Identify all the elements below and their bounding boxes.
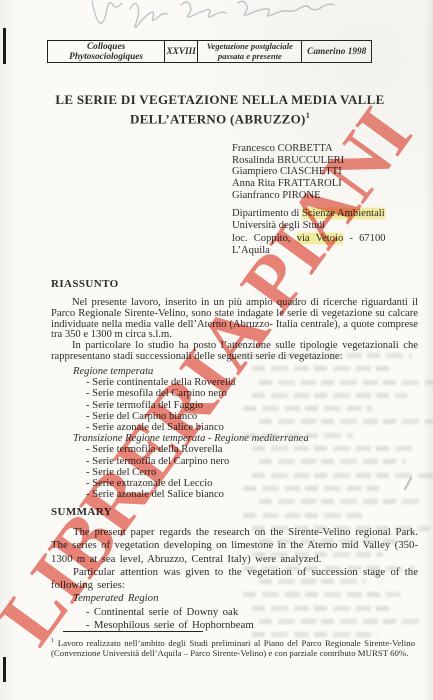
handwritten-note xyxy=(86,0,354,33)
serie-item: - Serie termofila del Carpino nero xyxy=(51,456,418,467)
summary-paragraph-1: The present paper regards the research o… xyxy=(51,526,418,566)
paper-title-line1: LE SERIE DI VEGETAZIONE NELLA MEDIA VALL… xyxy=(40,92,400,108)
series-group-temperata: - Serie continentale della Roverella- Se… xyxy=(51,377,418,433)
summary-paragraph-2: Particular attention was given to the ve… xyxy=(51,566,418,593)
author-name: Giampiero CIASCHETTI xyxy=(232,166,344,178)
venue-year: Camerino 1998 xyxy=(307,47,366,57)
journal-header-table: Colloques Phytosociologiques XXVIII Vege… xyxy=(47,40,372,63)
title-footnote-marker: 1 xyxy=(306,111,310,120)
vegetation-series-list: Regione temperata - Serie continentale d… xyxy=(51,366,418,500)
riassunto-heading: RIASSUNTO xyxy=(51,278,119,290)
author-list: Francesco CORBETTARosalinda BRUCCULERIGi… xyxy=(232,143,344,202)
paper-title-line2: DELL’ATERNO (ABRUZZO)1 xyxy=(40,108,400,127)
journal-name-cell: Colloques Phytosociologiques xyxy=(48,41,165,62)
scan-edge-mark-top xyxy=(3,28,6,64)
serie-item: - Serie del Cerro xyxy=(51,467,418,478)
region-label-transizione: Transizione Regione temperata - Regione … xyxy=(51,433,418,444)
affiliation-department: Dipartimento di Scienze Ambientali xyxy=(232,208,397,220)
riassunto-body: Nel presente lavoro, inserito in un più … xyxy=(51,298,418,363)
author-name: Rosalinda BRUCCULERI xyxy=(232,155,344,167)
volume-number: XXVIII xyxy=(166,47,195,57)
highlighted-text-street: via Vetoio xyxy=(297,233,344,244)
summary-body: The present paper regards the research o… xyxy=(51,526,418,632)
footnote-rule xyxy=(63,631,203,632)
affiliation-city: L’Aquila xyxy=(232,245,397,257)
affiliation-block: Dipartimento di Scienze Ambientali Unive… xyxy=(232,208,397,258)
issue-theme-cell: Vegetazione postglaciale passata e prese… xyxy=(198,41,302,62)
footnote: 1 Lavoro realizzato nell’ambito degli St… xyxy=(51,636,415,658)
serie-item: - Serie termofila del Faggio xyxy=(51,400,418,411)
serie-item: - Serie azonale del Salice bianco xyxy=(51,422,418,433)
series-group-temperated: - Continental serie of Downy oak- Mesoph… xyxy=(51,606,418,633)
scanned-paper-page: Colloques Phytosociologiques XXVIII Vege… xyxy=(0,0,433,700)
issue-theme-line2: passata e presente xyxy=(218,52,282,61)
serie-item: - Continental serie of Downy oak xyxy=(51,606,418,619)
series-group-transizione: - Serie termofila della Roverella- Serie… xyxy=(51,444,418,500)
region-label-temperata: Regione temperata xyxy=(51,366,418,377)
journal-name: Colloques Phytosociologiques xyxy=(50,42,162,62)
serie-item: - Serie del Carpino bianco xyxy=(51,411,418,422)
summary-heading: SUMMARY xyxy=(51,506,112,518)
volume-cell: XXVIII xyxy=(165,41,198,62)
author-name: Anna Rita FRATTAROLI xyxy=(232,178,344,190)
venue-year-cell: Camerino 1998 xyxy=(302,41,371,62)
serie-item: - Serie extrazonale del Leccio xyxy=(51,478,418,489)
paper-title: LE SERIE DI VEGETAZIONE NELLA MEDIA VALL… xyxy=(40,92,400,127)
serie-item: - Serie mesofila del Carpino nero xyxy=(51,388,418,399)
riassunto-paragraph-1: Nel presente lavoro, inserito in un più … xyxy=(51,298,418,341)
footnote-marker: 1 xyxy=(51,637,54,644)
affiliation-university: Università degli Studi xyxy=(232,220,397,232)
author-name: Francesco CORBETTA xyxy=(232,143,344,155)
serie-item: - Serie termofila della Roverella xyxy=(51,444,418,455)
region-label-temperated: Temperated Region xyxy=(51,592,418,605)
footnote-text: Lavoro realizzato nell’ambito degli Stud… xyxy=(51,638,415,658)
serie-item: - Serie continentale della Roverella xyxy=(51,377,418,388)
serie-item: - Serie azonale del Salice bianco xyxy=(51,489,418,500)
scan-edge-mark-bottom xyxy=(3,657,6,682)
riassunto-paragraph-2: In particolare lo studio ha posto l’atte… xyxy=(51,341,418,363)
affiliation-address: loc. Coppito, via Vetoio - 67100 xyxy=(232,233,397,245)
highlighted-text-department: Scienze Ambientali xyxy=(302,208,385,219)
bleed-row xyxy=(243,513,364,518)
author-name: Gianfranco PIRONE xyxy=(232,190,344,202)
